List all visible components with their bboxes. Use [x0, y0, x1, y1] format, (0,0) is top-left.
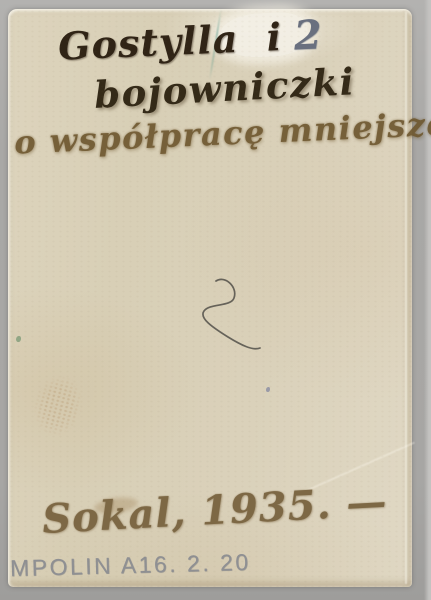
- catalog-number-inscription: MPOLIN A16. 2. 20: [10, 549, 251, 582]
- inscription-line1-text: Gostylla i: [57, 14, 283, 69]
- photo-verso-paper: Gostylla i2 bojowniczki o współpracę mni…: [8, 9, 412, 587]
- inscription-line2: bojowniczki: [93, 59, 356, 117]
- inscription-line1: Gostylla i2: [57, 11, 324, 70]
- fingerprint-stain: [27, 370, 89, 442]
- green-ink-fleck: [16, 336, 21, 342]
- pencil-squiggle-path: [203, 279, 260, 348]
- place-date-inscription: Sokal, 1935. —: [41, 478, 388, 543]
- inscription-line3: o współpracę mniejszości: [13, 102, 431, 161]
- blue-ink-fleck: [266, 387, 270, 392]
- pencil-squiggle-mark: [198, 277, 268, 359]
- scanner-edge-strip: [424, 0, 431, 600]
- paper-edge-highlight: [405, 12, 407, 584]
- inscription-line1-number: 2: [293, 11, 324, 59]
- scan-background: Gostylla i2 bojowniczki o współpracę mni…: [0, 0, 431, 600]
